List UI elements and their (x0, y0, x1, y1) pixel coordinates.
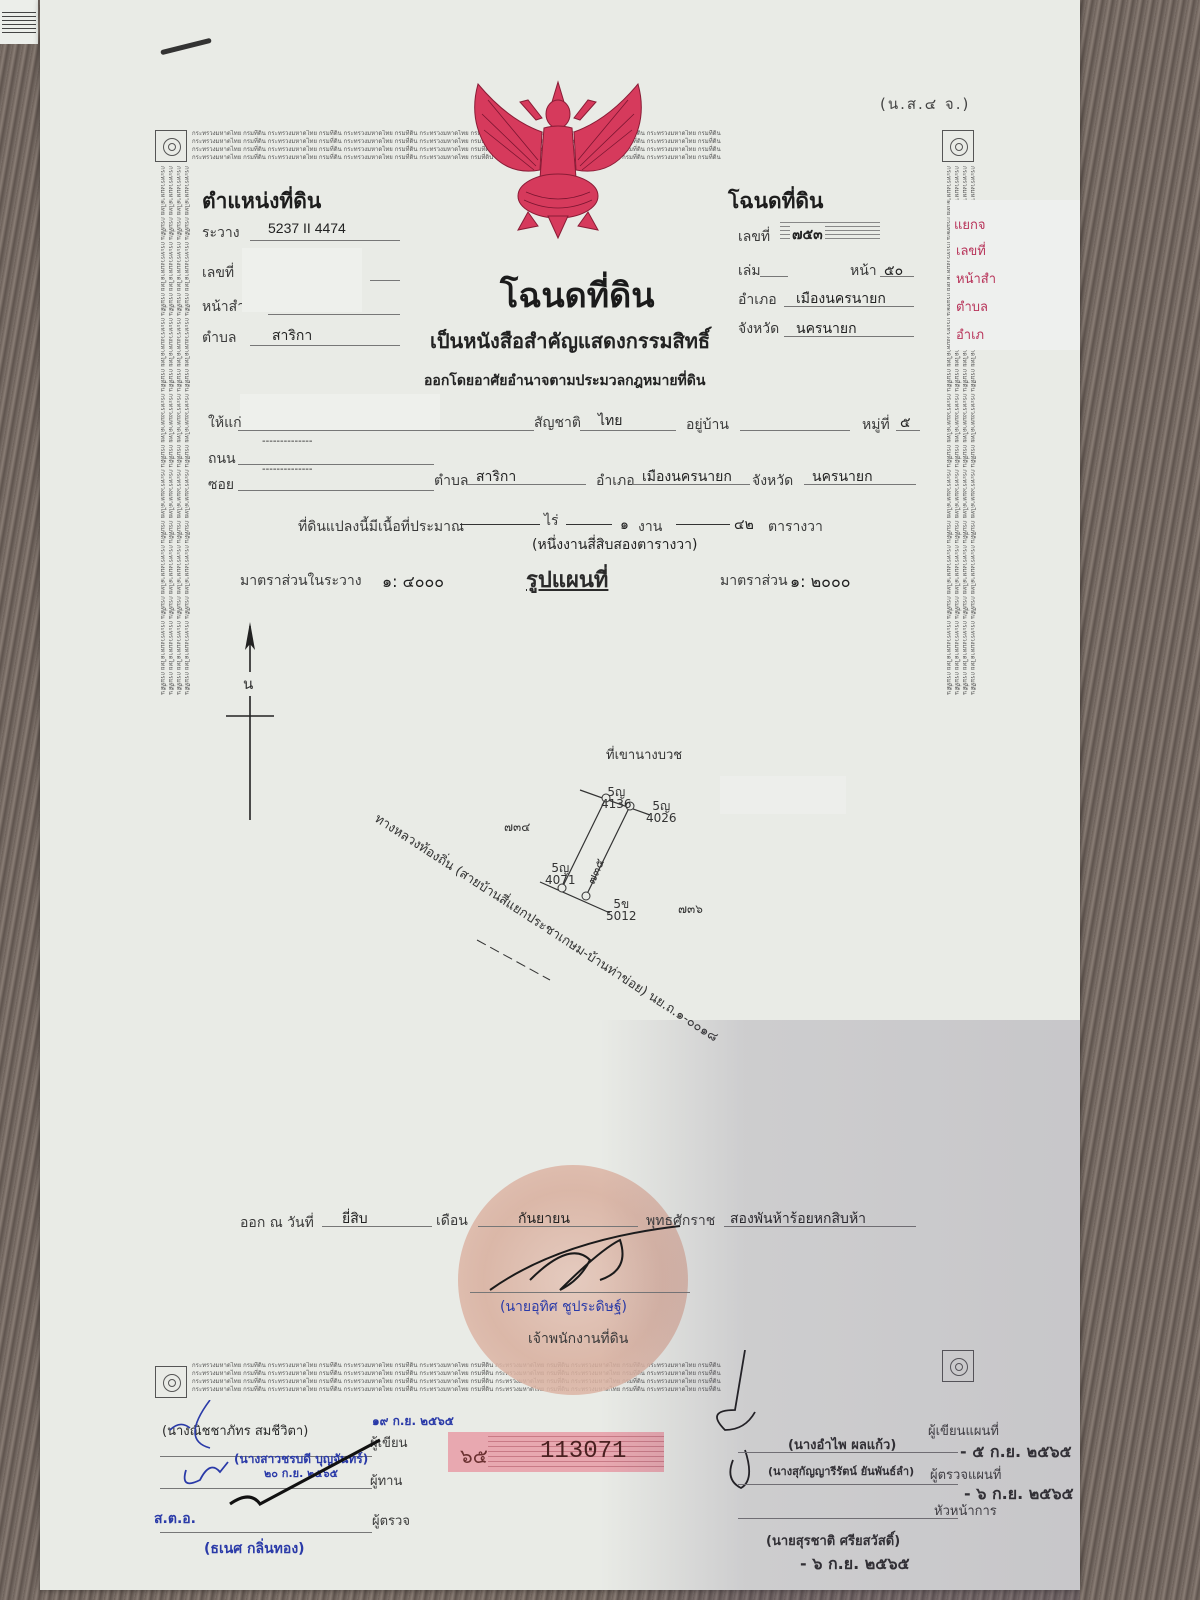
overlay-line: หน้าสำ (956, 268, 996, 289)
map-scale-value: ๑: ๒๐๐๐ (790, 570, 850, 595)
wa-dash (676, 524, 730, 525)
map-writer-role: ผู้เขียนแผนที่ (928, 1420, 999, 1441)
underline (470, 1292, 690, 1293)
nationality-label: สัญชาติ (534, 412, 581, 434)
land-position-heading: ตำแหน่งที่ดิน (202, 185, 321, 218)
left-security-border: กระทรวงมหาดไทย กรมที่ดิน กระทรวงมหาดไทย … (156, 166, 190, 1362)
moo-label: หมู่ที่ (862, 414, 890, 436)
redacted-owner (240, 394, 440, 430)
marker-5y-4071: 5ญ4071 (545, 862, 576, 886)
soi-label: ซอย (208, 474, 234, 496)
underline (760, 276, 788, 277)
volume-label: เล่ม (738, 260, 761, 282)
province-label: จังหวัด (738, 318, 779, 340)
underline (250, 345, 400, 346)
rai-label: ไร่ (544, 510, 559, 532)
document-subtitle: เป็นหนังสือสำคัญแสดงกรรมสิทธิ์ (430, 325, 710, 357)
north-arrow-icon (220, 620, 280, 820)
underline (804, 484, 916, 485)
page-label: หน้า (850, 260, 877, 282)
head-date: - ๖ ก.ย. ๒๕๖๕ (800, 1552, 910, 1577)
marker-5y-4026: 5ญ4026 (646, 800, 677, 824)
underline (896, 430, 920, 431)
land-no-label: เลขที่ (202, 262, 234, 284)
overlay-line: ตำบล (956, 296, 988, 317)
marker-5kh-5012: 5ข5012 (606, 898, 637, 922)
issued-date-label: ออก ณ วันที่ (240, 1212, 314, 1234)
redacted-map-area (720, 776, 846, 814)
serial-number-box: ๖๕ 113071 (448, 1432, 664, 1472)
official-name: (นายอุทิศ ชูประดิษฐ์) (500, 1296, 627, 1318)
page-value: ๕๐ (884, 260, 903, 282)
underline (238, 430, 534, 431)
corner-ornament-icon (942, 130, 974, 162)
house-no-label: อยู่บ้าน (686, 414, 729, 436)
document-authority-line: ออกโดยอาศัยอำนาจตามประมวลกฎหมายที่ดิน (424, 370, 705, 392)
sheet-value: 5237 II 4474 (268, 220, 346, 236)
marker-5y-4136: 5ญ4136 (601, 786, 632, 810)
addr-province-label: จังหวัด (752, 470, 793, 492)
underline (466, 484, 586, 485)
deed-heading: โฉนดที่ดิน (728, 185, 823, 218)
underline (880, 276, 914, 277)
underlying-sheet-corner (0, 0, 38, 44)
serial-prefix: ๖๕ (460, 1440, 488, 1472)
deed-no-value: ๗๕๓ (790, 224, 825, 246)
document-title: โฉนดที่ดิน (500, 268, 654, 322)
underline (738, 1452, 958, 1453)
north-label: น (243, 672, 253, 696)
official-title: เจ้าพนักงานที่ดิน (528, 1328, 628, 1350)
underline (740, 430, 850, 431)
wa-value: ๔๒ (734, 514, 754, 536)
sheet-scale-value: ๑: ๔๐๐๐ (382, 570, 444, 595)
map-writer-date: - ๕ ก.ย. ๒๕๖๕ (960, 1440, 1072, 1465)
area-label: ที่ดินแปลงนี้มีเนื้อที่ประมาณ (298, 516, 464, 538)
underline (268, 314, 400, 315)
form-code: (น.ส.๔ จ.) (880, 92, 970, 116)
map-checker-name: (นางสุกัญญารีรัตน์ ยันพันธ์ลำ) (768, 1462, 914, 1480)
footer-signatures-icon (150, 1400, 390, 1530)
tambon-value: สาริกา (272, 325, 312, 347)
overlay-line: เลขที่ (956, 240, 986, 261)
underline (738, 1518, 958, 1519)
garuda-emblem-icon (448, 80, 668, 240)
parcel-734: ๗๓๔ (504, 818, 530, 837)
rai-dash (460, 524, 540, 525)
underline (784, 306, 914, 307)
underline (724, 1226, 916, 1227)
parcel-736: ๗๓๖ (678, 900, 703, 919)
underline (738, 1484, 958, 1485)
amphoe-label: อำเภอ (738, 289, 777, 311)
underline (322, 1226, 432, 1227)
nationality-value: ไทย (598, 410, 622, 432)
sheet-label: ระวาง (202, 222, 240, 244)
overlapping-sheet: แยกจ เลขที่ หน้าสำ ตำบล อำเภ (950, 200, 1080, 350)
map-scale-label: มาตราส่วน (720, 570, 788, 592)
addr-tambon-label: ตำบล (434, 470, 468, 492)
underline (370, 280, 400, 281)
addr-amphoe-label: อำเภอ (596, 470, 635, 492)
road-label: ถนน (208, 448, 236, 470)
corner-ornament-icon (942, 1350, 974, 1382)
redacted-area (242, 248, 362, 312)
underline (784, 336, 914, 337)
underline (250, 240, 400, 241)
issued-month-label: เดือน (436, 1210, 468, 1232)
underline (580, 430, 676, 431)
checker-name: (ธเนศ กลิ่นทอง) (204, 1538, 305, 1560)
head-name: (นายสุรชาติ ศรียสวัสดิ์) (766, 1530, 900, 1551)
map-heading: รูปแผนที่ (526, 562, 608, 597)
overlay-line: อำเภ (956, 324, 984, 345)
official-signature-icon (470, 1220, 700, 1300)
ngan-value: ๑ (620, 514, 629, 536)
serial-number: 113071 (540, 1438, 626, 1465)
tambon-label: ตำบล (202, 327, 236, 349)
ngan-dash (566, 524, 612, 525)
sheet-scale-label: มาตราส่วนในระวาง (240, 570, 362, 592)
underline (238, 490, 434, 491)
underline (160, 1532, 372, 1533)
corner-ornament-icon (155, 1366, 187, 1398)
overlay-line: แยกจ (954, 214, 985, 235)
soi-value: -------------- (262, 464, 313, 475)
underline (632, 484, 750, 485)
road-value: -------------- (262, 436, 313, 447)
wa-label: ตารางวา (768, 516, 823, 538)
area-in-words: (หนึ่งงานสี่สิบสองตารางวา) (532, 534, 697, 556)
given-to-label: ให้แก่ (208, 412, 242, 434)
corner-ornament-icon (155, 130, 187, 162)
deed-no-label: เลขที่ (738, 226, 770, 248)
